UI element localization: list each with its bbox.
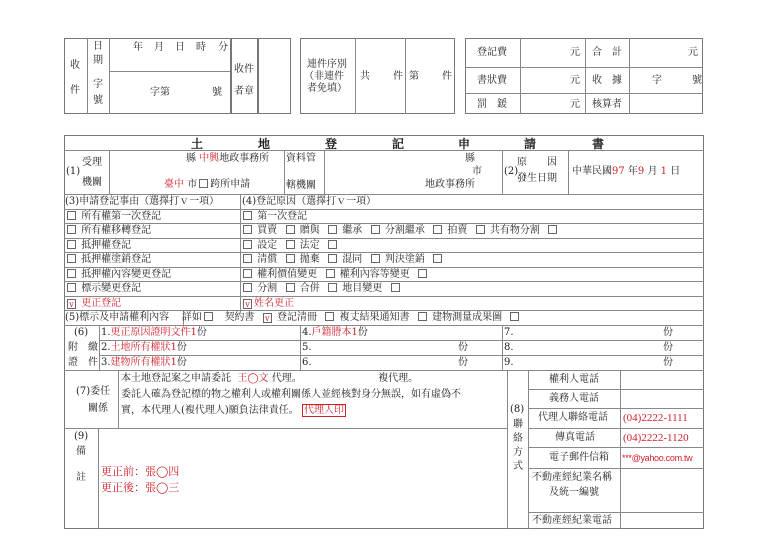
contact-agent-phone-value[interactable]: (04)2222-1111 (623, 412, 688, 424)
date-unit-hour: 時 (196, 42, 206, 54)
cause-checkbox[interactable] (433, 254, 442, 263)
attachment-7-unit: 份 (663, 327, 673, 339)
reason-item-6[interactable]: v 更正登記 (65, 298, 121, 310)
contact-broker-name-label-2: 及統一編號 (549, 487, 599, 499)
cause-checkbox[interactable] (243, 225, 252, 234)
date-unit-month: 月 (154, 42, 164, 54)
section1-city: 臺中 市跨所申請 (164, 179, 250, 191)
sequence-index-prefix: 第 (409, 71, 419, 83)
check-mark-icon[interactable]: v (243, 299, 252, 309)
cause-row-3: 清償 拋棄 混同 判決塗銷 (241, 254, 444, 266)
attachment-8-unit: 份 (663, 342, 673, 354)
section2-label-1: 原 因 (517, 157, 557, 169)
attachment-6: 6. (302, 357, 312, 369)
contact-fax-value[interactable]: (04)2222-1120 (623, 432, 689, 444)
cause-checkbox[interactable] (548, 225, 557, 234)
contact-fax-label: 傳真電話 (555, 432, 595, 444)
number-label-1: 字 (93, 79, 103, 91)
section7-line2: 委託人確為登記標的物之權利人或權利關係人並經核對身分無誤，如有虛偽不 (121, 389, 461, 401)
receipt-box (64, 38, 232, 114)
data-office-name: 地政事務所 (425, 179, 475, 191)
cause-checkbox[interactable] (326, 269, 335, 278)
reason-item-3[interactable]: 抵押權塗銷登記 (65, 254, 151, 266)
cause-checkbox[interactable] (286, 254, 295, 263)
cause-row-1: 買賣 贈與 繼承 分割繼承 拍賣 共有物分割 (241, 225, 559, 237)
section9-number: (9) (74, 431, 88, 443)
check-mark-icon[interactable]: v (67, 299, 76, 309)
number-label-2: 號 (93, 95, 103, 107)
sequence-label-2: （非連件 (304, 71, 344, 83)
fee-registration-unit: 元 (570, 47, 580, 59)
cause-checkbox[interactable] (476, 225, 485, 234)
section2-date: 中華民國97 年9 月 1 日 (572, 166, 680, 178)
number-unit-word: 字第 (150, 87, 170, 99)
contact-email-value[interactable]: ***@yahoo.com.tw (622, 452, 692, 464)
cause-checkbox[interactable] (286, 240, 295, 249)
fee-receipt-label: 收 據 (592, 75, 622, 87)
cause-checkbox[interactable] (243, 269, 252, 278)
section7-line1: 本土地登記案之申請委託 王◯文 代理。 複代理。 (121, 373, 418, 385)
reason-checkbox[interactable] (67, 254, 76, 263)
receiver-seal-label-1: 收件 (234, 64, 254, 76)
receiver-seal-label-2: 者章 (234, 86, 254, 98)
sequence-label-3: 者免填） (307, 83, 347, 95)
section8-label-3: 方 (513, 447, 523, 459)
data-office-county: 縣 (465, 153, 475, 165)
contact-agent-phone-label: 代理人聯絡電話 (538, 412, 608, 424)
cause-checkbox[interactable] (371, 254, 380, 263)
receiver-seal-box (230, 38, 258, 114)
receive-label-2: 件 (70, 85, 80, 97)
agent-seal: 代理人印 (302, 404, 346, 417)
cause-checkbox[interactable] (418, 269, 427, 278)
attachment-5: 5. (302, 342, 312, 354)
contact-owner-phone-label: 權利人電話 (549, 374, 599, 386)
reason-item-2[interactable]: 抵押權登記 (65, 240, 131, 252)
detail-checkbox[interactable] (204, 312, 213, 321)
cause-checkbox[interactable] (286, 225, 295, 234)
attachment-4: 4.戶籍謄本1份 (302, 327, 368, 339)
reason-checkbox[interactable] (67, 225, 76, 234)
section7-label-2: 關係 (88, 403, 108, 415)
reason-checkbox[interactable] (67, 240, 76, 249)
cause-checkbox[interactable] (243, 254, 252, 263)
cause-row-0: 第一次登記 (241, 211, 307, 223)
cause-checkbox[interactable] (328, 254, 337, 263)
fee-certificate-unit: 元 (570, 75, 580, 87)
section2-label-2: 發生日期 (517, 173, 557, 185)
remark-before: 更正前：張◯四 (101, 466, 179, 478)
data-office-city: 市 (472, 166, 482, 178)
section8-label-4: 式 (513, 461, 523, 473)
data-office-label-2: 轄機關 (286, 180, 316, 192)
cause-checkbox[interactable] (243, 283, 252, 292)
fee-total-value: 元 (688, 47, 698, 59)
receiver-seal-area[interactable] (258, 38, 291, 114)
attachment-3: 3.建物所有權狀1份 (101, 357, 187, 369)
contact-broker-phone-label: 不動產經紀業電話 (532, 515, 612, 527)
reason-checkbox[interactable] (67, 283, 76, 292)
contact-email-label: 電子郵件信箱 (549, 452, 609, 464)
cause-checkbox[interactable] (328, 225, 337, 234)
cross-office-checkbox[interactable] (199, 179, 208, 188)
cause-checkbox[interactable] (243, 211, 252, 220)
cause-checkbox[interactable] (243, 240, 252, 249)
section4-header: (4)登記原因（選擇打ｖ一項） (242, 196, 376, 208)
reason-item-1[interactable]: 所有權移轉登記 (65, 225, 151, 237)
fee-registration-label: 登記費 (477, 47, 507, 59)
attachment-7: 7. (504, 327, 514, 339)
section8-label-2: 絡 (513, 433, 523, 445)
section6-label-2: 證 件 (68, 357, 98, 369)
attachment-9: 9. (504, 357, 514, 369)
sequence-total-suffix: 件 (393, 71, 403, 83)
section6-label-1: 附 繳 (68, 342, 98, 354)
option-checkbox[interactable] (325, 312, 334, 321)
section8-label-1: 聯 (513, 419, 523, 431)
fee-certificate-label: 書狀費 (477, 75, 507, 87)
reason-item-4[interactable]: 抵押權內容變更登記 (65, 269, 171, 281)
fee-checker-label: 核算者 (592, 99, 622, 111)
reason-item-5[interactable]: 標示變更登記 (65, 283, 141, 295)
section1-label-2: 機關 (82, 177, 102, 189)
cause-checkbox[interactable] (328, 240, 337, 249)
section7-line3: 實，本代理人(複代理人)願負法律責任。 代理人印 (121, 405, 346, 417)
attachment-1: 1.更正原因證明文件1份 (101, 327, 207, 339)
date-unit-year: 年 (133, 42, 143, 54)
reason-item-0[interactable]: 所有權第一次登記 (65, 211, 161, 223)
cause-row-5: 分割 合併 地目變更 (241, 283, 402, 295)
cause-checkbox[interactable] (391, 283, 400, 292)
attachment-9-unit: 份 (663, 357, 673, 369)
section5-row: (5)標示及申請權利內容 詳如 契約書 v 登記清冊 複丈結果通知書 建物測量成… (65, 312, 521, 324)
cause-checkbox[interactable] (371, 225, 380, 234)
attachment-8: 8. (504, 342, 514, 354)
cause-row-4: 權利價值變更 權利內容等變更 (241, 269, 429, 281)
option-checkbox[interactable] (418, 312, 427, 321)
cause-checkbox[interactable] (286, 283, 295, 292)
contact-obligor-phone-label: 義務人電話 (549, 393, 599, 405)
sequence-label-1: 連件序別 (307, 59, 347, 71)
section1-office: 縣 中興地政事務所 (186, 153, 269, 165)
date-unit-day: 日 (175, 42, 185, 54)
cause-checkbox[interactable] (328, 283, 337, 292)
fee-fine-label: 罰 鍰 (477, 99, 507, 111)
receive-label-1: 收 (70, 60, 80, 72)
attachment-2: 2.土地所有權狀1份 (101, 342, 187, 354)
date-label-1: 日 (93, 41, 103, 53)
contact-broker-name-label-1: 不動產經紀業名稱 (532, 472, 612, 484)
section7-label-1: (7)委任 (76, 386, 110, 398)
option-checkbox[interactable] (510, 312, 519, 321)
form-title: 土 地 登 記 申 請 書 (64, 135, 704, 150)
fee-receipt-value: 字 號 (652, 75, 702, 87)
number-unit-no: 號 (212, 87, 222, 99)
section1-label-1: 受理 (82, 157, 102, 169)
section6-number: (6) (74, 327, 88, 339)
check-mark-icon[interactable]: v (263, 313, 272, 323)
cause-row-2: 設定 法定 (241, 240, 339, 252)
date-unit-minute: 分 (218, 42, 228, 54)
date-label-2: 期 (93, 55, 103, 67)
attachment-5-unit: 份 (458, 342, 468, 354)
attachment-6-unit: 份 (458, 357, 468, 369)
section3-header: (3)申請登記事由（選擇打ｖ一項） (65, 196, 219, 208)
section9-label-2: 註 (76, 472, 86, 484)
section8-number: (8) (510, 404, 524, 416)
sequence-total-prefix: 共 (360, 71, 370, 83)
cause-checked-item[interactable]: v姓名更正 (241, 298, 294, 310)
cause-checkbox[interactable] (433, 225, 442, 234)
reason-checkbox[interactable] (67, 211, 76, 220)
sequence-index-suffix: 件 (442, 71, 452, 83)
section1-number: (1) (66, 166, 80, 178)
fee-total-label: 合 計 (592, 47, 622, 59)
data-office-label-1: 資料管 (286, 153, 316, 165)
remark-after: 更正後：張◯三 (101, 482, 179, 494)
reason-checkbox[interactable] (67, 269, 76, 278)
section9-label-1: 備 (76, 446, 86, 458)
fee-fine-unit: 元 (570, 99, 580, 111)
